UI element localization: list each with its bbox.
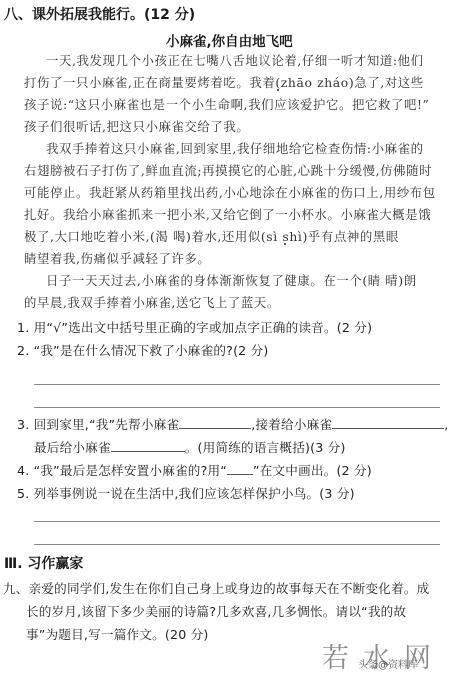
passage-line: 扎好。我给小麻雀抓来一把小米,又给它倒了一小杯水。小麻雀大概是饿 (24, 205, 431, 223)
question-3-line-2: 最后给小麻雀。(用简练的语言概括)(3 分) (34, 437, 346, 456)
underline-sample (227, 462, 253, 475)
question-9-line: 事”为题目,写一篇作文。(20 分) (26, 624, 209, 643)
passage-line: 右翅膀被石子打伤了,鲜血直流;再摸摸它的心脏,心跳十分缓慢,仿佛随时 (24, 161, 432, 179)
passage-line: 孩子说:“这只小麻雀也是一个小生命啊,我们应该爱护它。把它救了吧!” (24, 95, 430, 113)
passage-line: 睛望着我,伤痛似乎减轻了许多。 (24, 249, 210, 267)
question-3-text-c: , (444, 417, 448, 432)
section-8-heading: 八、课外拓展我能行。(12 分) (4, 4, 195, 24)
answer-line-q2-2[interactable] (34, 407, 440, 408)
question-4-text-b: ”在文中画出。(2 分) (253, 463, 372, 478)
answer-blank-q3-3[interactable] (111, 439, 185, 452)
answer-line-q5-1[interactable] (34, 521, 440, 522)
passage-title: 小麻雀,你自由地飞吧 (166, 30, 293, 50)
passage-line: 我双手捧着这只小麻雀,回到家里,我仔细地给它检查伤情:小麻雀的 (46, 139, 424, 157)
section-3-heading: Ⅲ. 习作赢家 (4, 553, 83, 573)
question-3-line-1: 3. 回到家里,“我”先帮小麻雀,接着给小麻雀, (17, 414, 448, 433)
emphasis-dot (277, 89, 279, 91)
question-3-text-e: 。(用简练的语言概括)(3 分) (185, 440, 346, 455)
passage-line: 日子一天天过去,小麻雀的身体渐渐恢复了健康。在一个(睛 晴)朗 (46, 271, 417, 289)
question-3-text-b: ,接着给小麻雀 (251, 417, 332, 432)
answer-line-q5-2[interactable] (34, 544, 440, 545)
question-4: 4. “我”最后是怎样安置小麻雀的?用“”在文中画出。(2 分) (17, 460, 372, 479)
passage-line: 孩子们很听话,把这只小麻雀交给了我。 (24, 117, 249, 135)
answer-blank-q3-1[interactable] (179, 416, 251, 429)
question-2: 2. “我”是在什么情况下救了小麻雀的?(2 分) (17, 340, 269, 359)
emphasis-dot (284, 243, 286, 245)
question-3-text-a: 3. 回到家里,“我”先帮小麻雀 (17, 417, 179, 432)
passage-line: 打伤了一只小麻雀,正在商量要烤着吃。我着(zhāo zháo)急了,对这些 (24, 73, 424, 91)
question-5: 5. 列举事例说一说在生活中,我们应该怎样保护小鸟。(3 分) (17, 483, 355, 502)
question-3-text-d: 最后给小麻雀 (34, 440, 111, 455)
passage-line: 可能停止。我赶紧从药箱里找出药,小心地涂在小麻雀的伤口上,用纱布包 (24, 183, 436, 201)
passage-line: 一天,我发现几个小孩正在七嘴八舌地议论着,仔细一听才知道:他们 (46, 51, 424, 69)
question-1: 1. 用“√”选出文中括号里正确的字或加点字正确的读音。(2 分) (17, 317, 372, 336)
answer-blank-q3-2[interactable] (332, 416, 444, 429)
watermark-overlay: 头条@资料库 (358, 656, 418, 671)
passage-line: 的早晨,我双手捧着小麻雀,送它飞上了蓝天。 (24, 293, 280, 311)
question-9-line: 长的岁月,该留下多少美丽的诗篇?几多欢喜,几多惆怅。请以“我的故 (26, 601, 406, 620)
answer-line-q2-1[interactable] (34, 384, 440, 385)
question-4-text-a: 4. “我”最后是怎样安置小麻雀的?用“ (17, 463, 227, 478)
question-9-line: 九、亲爱的同学们,发生在你们自己身上或身边的故事每天在不断变化着。成 (3, 578, 429, 597)
passage-line: 极了,大口地吃着小米,(渴 喝)着水,还用似(sì shì)乎有点神的黑眼 (24, 227, 399, 245)
